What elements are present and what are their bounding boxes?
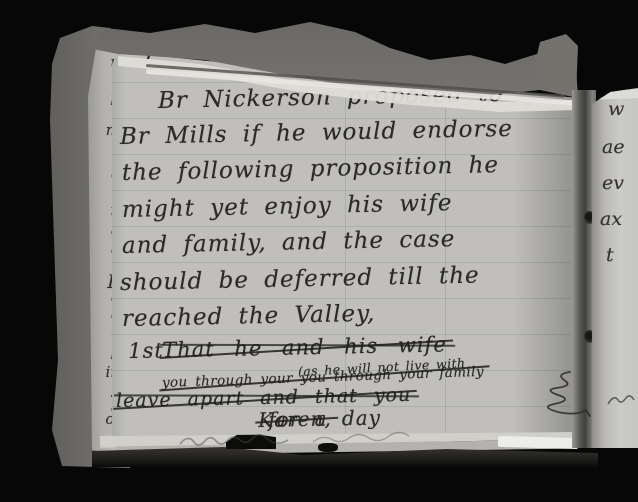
right-edge-letter: t xyxy=(606,246,614,265)
ink-flourish xyxy=(540,368,596,420)
bright-page-sliver xyxy=(498,436,578,449)
faint-ghost-writing xyxy=(178,430,434,452)
manuscript-line: should be deferred till the xyxy=(120,262,480,297)
manuscript-line: reached the Valley, xyxy=(122,301,376,334)
small-ink-mark xyxy=(606,392,636,408)
manuscript-line: the following proposition he xyxy=(122,152,500,187)
manuscript-line: might yet enjoy his wife xyxy=(122,190,453,225)
right-edge-letter: ev xyxy=(602,174,624,193)
right-edge-letter: ae xyxy=(602,138,625,157)
photograph-of-manuscript: u b m o n a a t P a a x h in y a of fam … xyxy=(0,0,638,502)
amendment-ordinal: 1st xyxy=(128,338,164,364)
right-edge-letter: w xyxy=(608,100,624,119)
line-tail: for a day xyxy=(268,405,381,431)
right-edge-letter: ax xyxy=(600,210,622,229)
manuscript-line: and family, and the case xyxy=(122,226,456,261)
manuscript-line: Br Mills if he would endorse xyxy=(120,116,513,152)
